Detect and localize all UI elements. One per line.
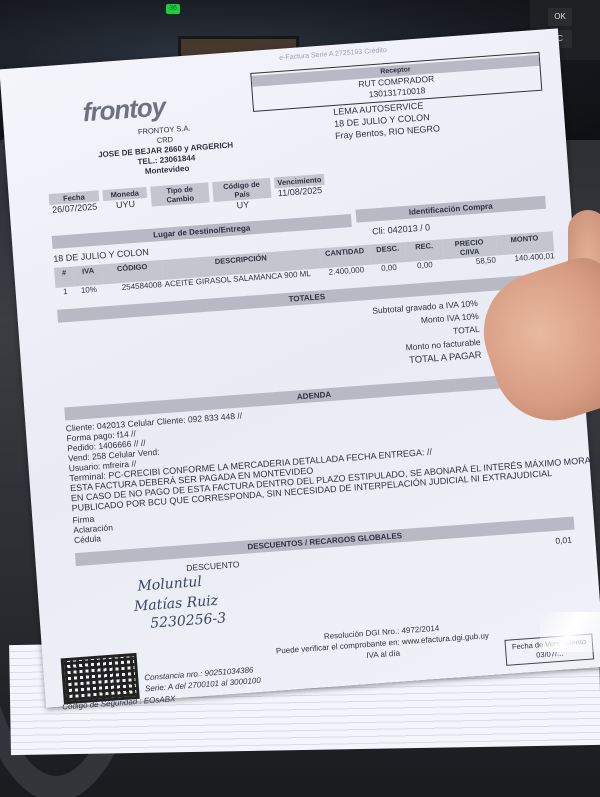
dashboard-indicator-light: 36: [166, 4, 180, 14]
header-fields: Fecha 26/07/2025 Moneda UYU Tipo de Camb…: [49, 174, 326, 224]
col-num: #: [54, 266, 75, 287]
field-currency: Moneda UYU: [102, 187, 148, 220]
col-surcharge: REC.: [405, 239, 443, 262]
buyer-box: Receptor RUT COMPRADOR 130131710018 LEMA…: [250, 52, 545, 148]
handwritten-signature: Moluntul: [137, 574, 202, 595]
handwritten-id: 5230256-3: [150, 610, 227, 632]
cell-num: 1: [55, 286, 75, 296]
field-country-code: Código de País UY: [212, 178, 272, 212]
field-label: Tipo de Cambio: [150, 182, 209, 206]
purchase-id-value: Cli: 042013 / 0: [372, 222, 431, 236]
cell-surcharge: 0,00: [407, 259, 444, 271]
issuer-logo: frontoy: [82, 91, 167, 128]
field-value: 11/08/2025: [275, 185, 326, 199]
issuer-block: FRONTOY S.A. CRD JOSE DE BEJAR 2660 y AR…: [64, 118, 267, 183]
cell-discount: 0,00: [371, 262, 408, 274]
field-due-date: Vencimiento 11/08/2025: [274, 174, 326, 208]
doc-type-header: e-Factura Serie A 2725193 Crédito: [279, 47, 387, 62]
discount-item: DESCUENTO: [186, 559, 240, 573]
footer-center: Resolución DGI Nro.: 4972/2014 Puede ver…: [271, 619, 493, 668]
col-discount: DESC.: [369, 242, 407, 265]
cell-iva: 10%: [74, 284, 103, 295]
field-exchange-rate: Tipo de Cambio: [150, 182, 210, 216]
col-iva: IVA: [73, 264, 103, 286]
discount-value: 0,01: [555, 535, 572, 546]
field-date: Fecha 26/07/2025: [49, 190, 101, 224]
totals-block: Subtotal gravado a IVA 10% Monto IVA 10%…: [318, 297, 482, 374]
footer-left: Constancia nro.: 90251034386 Serie: A de…: [144, 664, 261, 694]
purchase-id-label: Identificación Compra: [356, 196, 546, 223]
field-value: 26/07/2025: [49, 201, 100, 215]
field-value: UYU: [103, 198, 148, 211]
ok-button: OK: [548, 8, 572, 26]
light-glare: [540, 612, 600, 652]
